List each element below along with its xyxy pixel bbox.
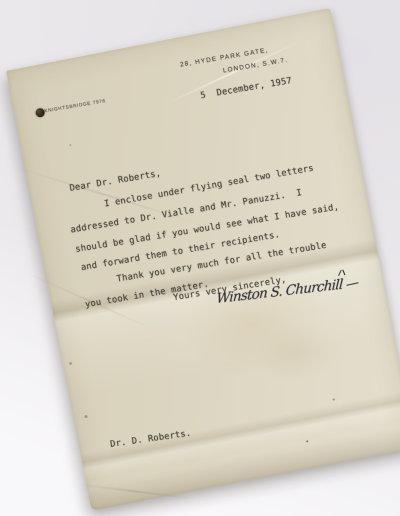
letter-paper: KNIGHTSBRIDGE 7976 28, HYDE PARK GATE, L… [6, 8, 400, 511]
date-day: 5 [200, 91, 207, 102]
foxing-speck [84, 415, 88, 419]
foxing-speck [69, 362, 73, 366]
letterhead-phone: KNIGHTSBRIDGE 7976 [44, 98, 106, 113]
signature-caret-mark [338, 269, 345, 276]
crease-mark [76, 483, 195, 500]
photo-background: KNIGHTSBRIDGE 7976 28, HYDE PARK GATE, L… [0, 0, 400, 516]
paper-sheet: KNIGHTSBRIDGE 7976 28, HYDE PARK GATE, L… [6, 8, 400, 511]
date-month-year: December, 1957 [216, 76, 293, 98]
foxing-speck [333, 398, 335, 400]
foxing-speck [69, 144, 71, 146]
salutation-line: Dear Dr. Roberts, [69, 169, 162, 194]
signature-flourish-dash [346, 282, 358, 286]
handwritten-signature: Winston S. Churchill [216, 275, 359, 307]
recipient-line: Dr. D. Roberts. [110, 429, 192, 450]
foxing-speck [306, 440, 308, 442]
